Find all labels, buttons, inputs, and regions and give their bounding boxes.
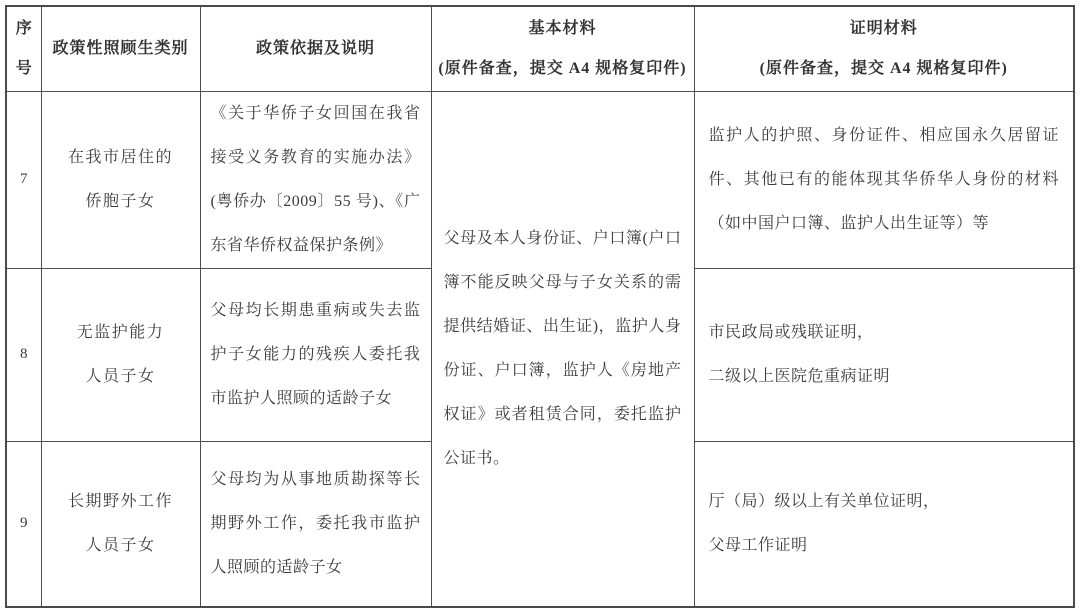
cell-policy-basis: 父母均为从事地质勘探等长期野外工作，委托我市监护人照顾的适龄子女 [200,441,431,607]
cell-serial-number: 8 [6,268,41,441]
policy-students-table: 序 号 政策性照顾生类别 政策依据及说明 基本材料 (原件备查，提交 A4 规格… [5,5,1075,608]
cell-serial-number: 9 [6,441,41,607]
cell-category: 无监护能力 人员子女 [41,268,200,441]
cell-policy-basis: 《关于华侨子女回国在我省接受义务教育的实施办法》(粤侨办〔2009〕55 号)、… [200,91,431,268]
cell-serial-number: 7 [6,91,41,268]
cell-basic-materials-merged: 父母及本人身份证、户口簿(户口簿不能反映父母与子女关系的需提供结婚证、出生证)，… [431,91,694,607]
header-proof-materials: 证明材料 (原件备查，提交 A4 规格复印件) [694,6,1074,91]
table-row-7: 7 在我市居住的 侨胞子女 《关于华侨子女回国在我省接受义务教育的实施办法》(粤… [6,91,1074,268]
header-category: 政策性照顾生类别 [41,6,200,91]
cell-proof-materials: 监护人的护照、身份证件、相应国永久居留证件、其他已有的能体现其华侨华人身份的材料… [694,91,1074,268]
cell-category: 在我市居住的 侨胞子女 [41,91,200,268]
document-page: 序 号 政策性照顾生类别 政策依据及说明 基本材料 (原件备查，提交 A4 规格… [0,0,1080,609]
cell-category: 长期野外工作 人员子女 [41,441,200,607]
cell-policy-basis: 父母均长期患重病或失去监护子女能力的残疾人委托我市监护人照顾的适龄子女 [200,268,431,441]
header-policy-basis: 政策依据及说明 [200,6,431,91]
header-basic-materials: 基本材料 (原件备查，提交 A4 规格复印件) [431,6,694,91]
cell-proof-materials: 市民政局或残联证明， 二级以上医院危重病证明 [694,268,1074,441]
header-serial-number: 序 号 [6,6,41,91]
table-header-row: 序 号 政策性照顾生类别 政策依据及说明 基本材料 (原件备查，提交 A4 规格… [6,6,1074,91]
cell-proof-materials: 厅（局）级以上有关单位证明， 父母工作证明 [694,441,1074,607]
